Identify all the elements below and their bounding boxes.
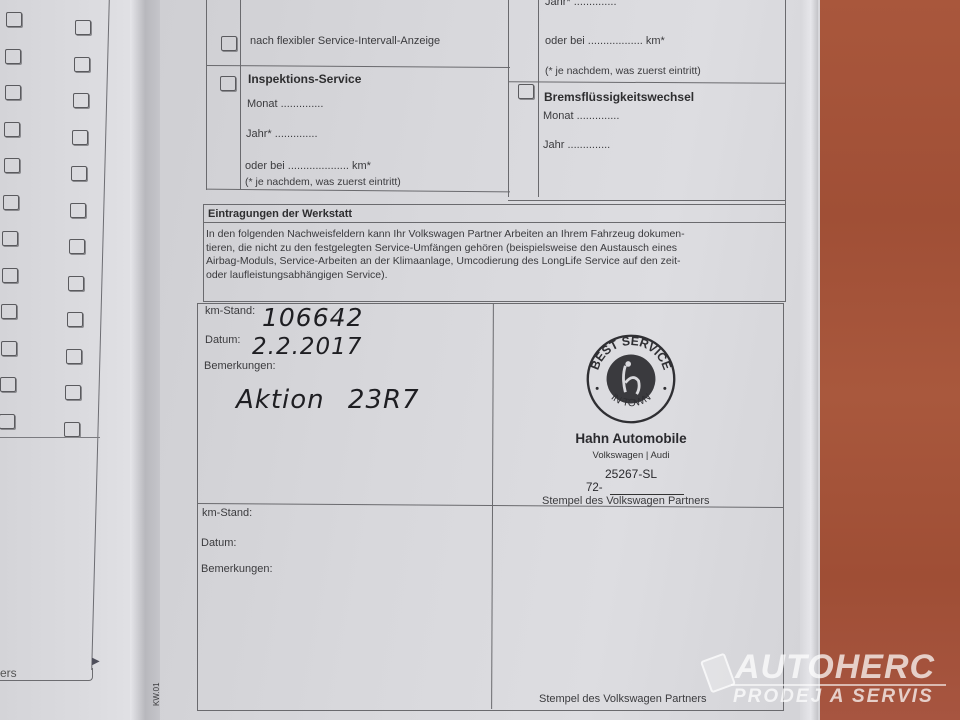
previous-year-field[interactable]: Jahr* .............. (545, 0, 617, 8)
entry1-remarks-label: Bemerkungen: (204, 360, 276, 372)
entry1-date-value[interactable]: 2.2.2017 (252, 334, 362, 360)
left-page-checkbox[interactable] (68, 276, 84, 291)
autoherc-watermark: AUTOHERC PRODEJ A SERVIS (705, 648, 955, 718)
left-page-checkbox[interactable] (74, 57, 90, 72)
left-page-checkbox[interactable] (69, 239, 85, 254)
flexible-interval-label: nach flexibler Service-Intervall-Anzeige (250, 35, 440, 47)
entry2-stamp-caption: Stempel des Volkswagen Partners (539, 693, 707, 705)
entry2-km-label: km-Stand: (202, 507, 252, 519)
wooden-table-background (815, 0, 960, 720)
dealer-brands: Volkswagen | Audi (560, 450, 702, 461)
left-page-checkbox[interactable] (0, 414, 15, 429)
book-gutter (130, 0, 164, 720)
flexible-interval-checkbox[interactable] (221, 36, 237, 51)
left-page-checkbox[interactable] (64, 422, 80, 437)
entry2-date-label: Datum: (201, 537, 236, 549)
entry2-remarks-label: Bemerkungen: (201, 563, 273, 575)
left-page-checkbox[interactable] (1, 341, 17, 356)
entry1-remarks-value[interactable]: Aktion 23R7 (236, 385, 420, 415)
form-border-left (206, 0, 207, 190)
left-page-checkbox[interactable] (67, 312, 83, 327)
entry1-stamp-caption: Stempel des Volkswagen Partners (542, 495, 710, 507)
form-bottom-right (508, 200, 786, 201)
brake-fluid-month-field[interactable]: Monat .............. (543, 110, 619, 122)
inspection-footnote: (* je nachdem, was zuerst eintritt) (245, 176, 401, 188)
left-page-checkbox[interactable] (65, 385, 81, 400)
brake-fluid-title: Bremsflüssigkeitswechsel (544, 90, 694, 104)
left-page-checkbox[interactable] (70, 203, 86, 218)
left-page-checkbox[interactable] (1, 304, 17, 319)
entry1-km-value[interactable]: 106642 (262, 303, 363, 332)
checkbox-column-line (240, 0, 241, 190)
inspection-year-field[interactable]: Jahr* .............. (246, 128, 318, 140)
workshop-description-line: Airbag-Moduls, Service-Arbeiten an der K… (206, 255, 784, 269)
next-page-arrow-icon: ▶ (92, 656, 100, 667)
left-page-checkbox[interactable] (71, 166, 87, 181)
best-service-seal-icon: BEST SERVICE IN TOWN (584, 332, 678, 426)
left-page-checkbox[interactable] (66, 349, 82, 364)
left-page-footer-text: ers (0, 666, 17, 680)
left-page-checkbox[interactable] (75, 20, 91, 35)
workshop-description-line: oder laufleistungsabhängigen Service). (206, 269, 784, 283)
left-page-checkbox[interactable] (72, 130, 88, 145)
dealer-code: 25267-SL (560, 467, 702, 481)
inspection-km-field[interactable]: oder bei .................... km* (245, 160, 371, 172)
left-page-checkbox[interactable] (5, 85, 21, 100)
dealer-code-secondary: 72- (586, 482, 603, 494)
workshop-description: In den folgenden Nachweisfeldern kann Ih… (206, 228, 784, 282)
left-page-checkbox[interactable] (2, 231, 18, 246)
left-page-rule (91, 0, 110, 670)
entry1-date-label: Datum: (205, 334, 240, 346)
inspection-service-checkbox[interactable] (220, 76, 236, 91)
workshop-description-line: In den folgenden Nachweisfeldern kann Ih… (206, 228, 784, 242)
previous-footnote: (* je nachdem, was zuerst eintritt) (545, 65, 701, 77)
left-page-checkbox[interactable] (4, 158, 20, 173)
workshop-section-title: Eintragungen der Werkstatt (208, 208, 352, 220)
left-page-divider (0, 437, 100, 438)
workshop-description-line: tieren, die nicht zu den festgelegten Se… (206, 242, 784, 256)
workshop-title-divider (203, 222, 785, 223)
left-page-checkbox[interactable] (3, 195, 19, 210)
brake-fluid-checkbox[interactable] (518, 84, 534, 99)
dealer-name: Hahn Automobile (560, 431, 702, 446)
entry1-km-label: km-Stand: (205, 305, 255, 317)
playing-card-icon (700, 653, 736, 694)
column-divider (508, 0, 509, 197)
brake-fluid-year-field[interactable]: Jahr .............. (543, 139, 610, 151)
watermark-tagline: PRODEJ A SERVIS (733, 686, 934, 708)
left-page-checkbox[interactable] (5, 49, 21, 64)
checkbox-column-line-right (538, 0, 539, 197)
left-page-checkbox[interactable] (6, 12, 22, 27)
form-border-right (785, 0, 786, 205)
inspection-month-field[interactable]: Monat .............. (247, 98, 323, 110)
left-page-checkbox[interactable] (73, 93, 89, 108)
page-side-code: KW.01 (152, 682, 161, 706)
previous-km-field[interactable]: oder bei .................. km* (545, 35, 665, 47)
left-page-checkbox[interactable] (4, 122, 20, 137)
left-page-checkbox[interactable] (2, 268, 18, 283)
watermark-brand: AUTOHERC (735, 648, 935, 687)
right-page-edge (800, 0, 818, 720)
left-page-checkbox[interactable] (0, 377, 16, 392)
inspection-service-title: Inspektions-Service (248, 72, 361, 86)
